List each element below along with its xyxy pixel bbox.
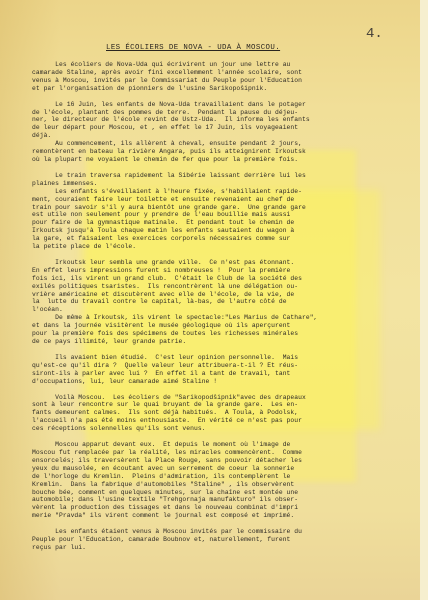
text-line: Kremlin. Dans la fabrique d'automobiles … [32,481,402,489]
document-title: LES ÉCOLIERS DE NOVA - UDA À MOSCOU. [106,44,336,52]
text-line: venus à Moscou, invités par le Commissar… [32,77,402,85]
paragraph: Le train traversa rapidement la Sibérie … [32,172,402,188]
paragraph-gap [32,386,402,394]
text-line: yeux du mausolée, en écoutant avec un se… [32,465,402,473]
text-line: Irkoutsk jusqu'à Toula chaque matin les … [32,227,402,235]
text-line: Moscou apparut devant eux. Et depuis le … [32,441,402,449]
document-body: Les écoliers de Nova-Uda qui écrivirent … [32,61,402,552]
text-line: Au commencement, ils allèrent à cheval, … [32,140,402,148]
paragraph: Voilà Moscou. Les écoliers de "Sarikopod… [32,394,402,434]
document-page: 4. LES ÉCOLIERS DE NOVA - UDA À MOSCOU. … [0,0,428,600]
text-line: est utile non seulement pour y prendre d… [32,211,402,219]
text-line: train pour savoir s'il y aura bientôt un… [32,204,402,212]
text-line: Moscou fut remplacée par la réalité, les… [32,449,402,457]
paragraph-gap [32,346,402,354]
text-line: Le train traversa rapidement la Sibérie … [32,172,402,180]
text-line: fants demeurent calmes. Ils sont déjà ha… [32,409,402,417]
text-line: et dans la journée visitèrent le musée g… [32,322,402,330]
text-line: Les enfants s'éveillaient à l'heure fixé… [32,188,402,196]
text-line: De même à Irkoutsk, ils virent le specta… [32,314,402,322]
text-line: ment, couraient faire leur toilette et e… [32,196,402,204]
text-line: merie "Pravda" ils virent comment le jou… [32,512,402,520]
text-line: vèrent la production des tissages et dan… [32,504,402,512]
text-line: pour faire de la gymnastique matinale. E… [32,219,402,227]
text-line: Irkoutsk leur sembla une grande ville. C… [32,259,402,267]
text-line: pour la première fois des spécimens de t… [32,330,402,338]
text-line: l'accueil n'a pas été moins enthousiaste… [32,417,402,425]
text-line: de leur départ pour Moscou, et , en effe… [32,124,402,132]
text-line: vrière américaine et discutèrent avec el… [32,291,402,299]
text-line: déjà. [32,132,402,140]
text-line: siront-ils à parler avec lui ? En effet … [32,370,402,378]
text-line: automobile; dans l'usine textile "Trehgo… [32,496,402,504]
text-line: Les enfants étaient venus à Moscou invit… [32,528,402,536]
text-line: ensorcelés; ils traversèrent la Place Ro… [32,457,402,465]
text-line: de l'horloge du Kremlin. Pleins d'admira… [32,473,402,481]
text-line: Les écoliers de Nova-Uda qui écrivirent … [32,61,402,69]
text-line: d'occupations, lui, leur camarade aimé S… [32,378,402,386]
paragraph-gap [32,251,402,259]
paragraph: Les enfants étaient venus à Moscou invit… [32,528,402,552]
paragraph: Les enfants s'éveillaient à l'heure fixé… [32,188,402,251]
text-line: l'océan. [32,306,402,314]
paragraph: Moscou apparut devant eux. Et depuis le … [32,441,402,520]
text-line: Le 16 Juin, les enfants de Nova-Uda trav… [32,101,402,109]
paragraph-gap [32,520,402,528]
paragraph: Au commencement, ils allèrent à cheval, … [32,140,402,164]
text-line: ces réceptions solennelles qu'ils sont v… [32,425,402,433]
paragraph: Ils avaient bien étudié. C'est leur opin… [32,354,402,386]
paper-edge [420,0,428,600]
text-line: fois ici, ils virent un grand club. C'ét… [32,275,402,283]
paragraph: Le 16 Juin, les enfants de Nova-Uda trav… [32,101,402,141]
text-line: où la plupart ne voyaient le chemin de f… [32,156,402,164]
text-line: Ils avaient bien étudié. C'est leur opin… [32,354,402,362]
text-line: de l'école, plantant des pommes de terre… [32,109,402,117]
text-line: ner, le directeur de l'école revint de U… [32,116,402,124]
text-line: plaines immenses. [32,180,402,188]
paragraph: Irkoutsk leur sembla une grande ville. C… [32,259,402,314]
text-line: et par l'organisation de pionniers de l'… [32,85,402,93]
paragraph-gap [32,93,402,101]
paragraph: De même à Irkoutsk, ils virent le specta… [32,314,402,346]
text-line: sont à leur rencontre sur le quai bruyan… [32,401,402,409]
paragraph: Les écoliers de Nova-Uda qui écrivirent … [32,61,402,93]
page-number: 4. [366,26,383,42]
text-line: camarade Staline, après avoir fini excel… [32,69,402,77]
paragraph-gap [32,433,402,441]
text-line: la petite place de l'école. [32,243,402,251]
text-line: bouche bée, comment en quelques minutes,… [32,489,402,497]
text-line: En effet leurs impressions furent si nom… [32,267,402,275]
text-line: exilés politiques tsaristes. Ils rencont… [32,283,402,291]
text-line: de ce pays illimité, leur grande patrie. [32,338,402,346]
paragraph-gap [32,164,402,172]
text-line: remontèrent en bateau la rivière Angara,… [32,148,402,156]
text-line: la lutte du travail contre le capital, l… [32,298,402,306]
text-line: qu'est-ce qu'il dira ? Quelle valeur leu… [32,362,402,370]
text-line: reçus par lui. [32,544,402,552]
text-line: Peuple pour l'Education, camarade Boubno… [32,536,402,544]
text-line: la gare, et faisaient les exercices corp… [32,235,402,243]
text-line: Voilà Moscou. Les écoliers de "Sarikopod… [32,394,402,402]
